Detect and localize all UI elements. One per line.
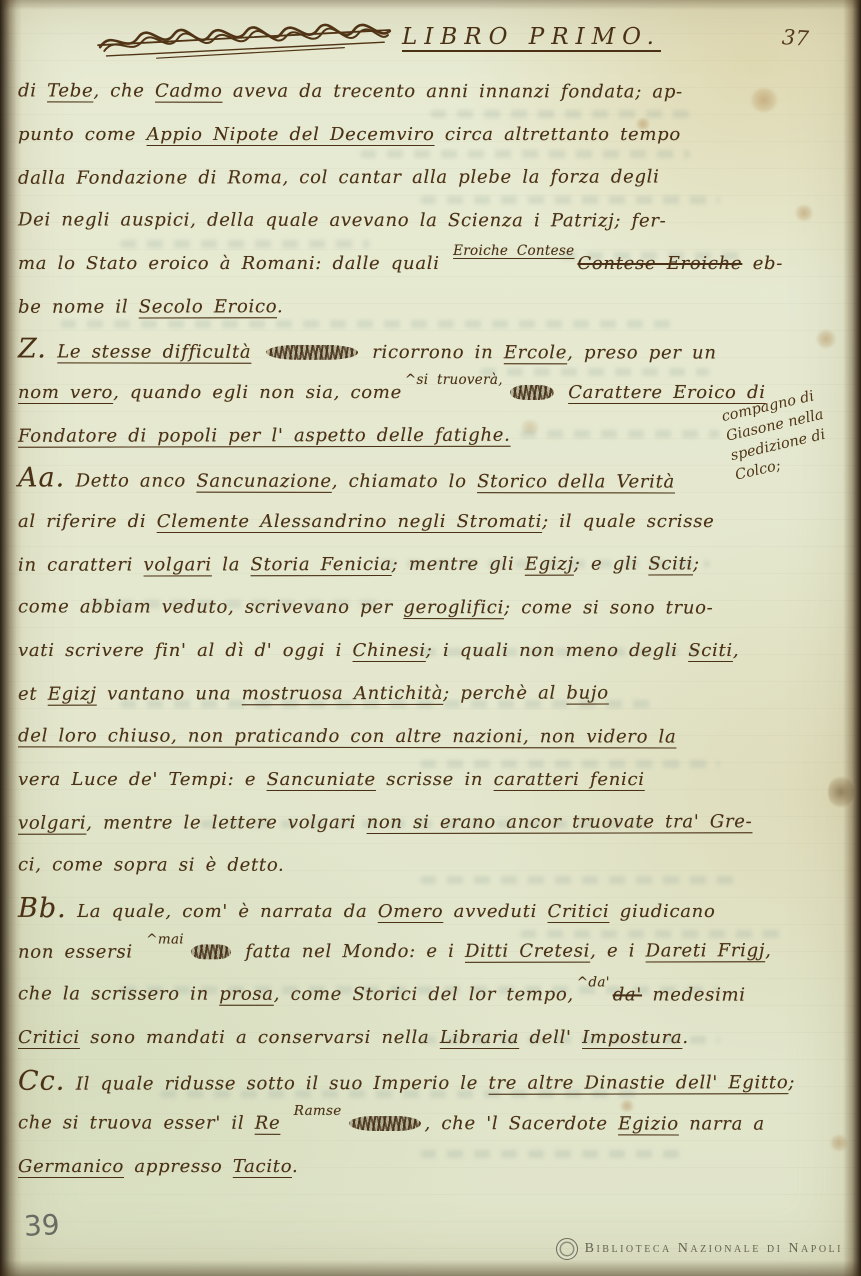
text-segment: ; mentre gli	[392, 554, 525, 575]
text-segment: Egizj	[48, 684, 97, 705]
text-segment: .	[292, 1156, 298, 1177]
text-segment: che la scrissero in	[18, 983, 219, 1004]
text-segment: Sacerdote	[509, 1113, 618, 1134]
library-watermark: Biblioteca Nazionale di Napoli	[556, 1238, 843, 1260]
manuscript-line: Z. Le stesse difficultà ricorrono in Erc…	[18, 327, 753, 371]
text-segment: Carattere Eroico di	[568, 382, 766, 403]
foxing-spot	[816, 330, 836, 348]
scribbled-out-title	[91, 15, 402, 64]
text-segment: Z.	[18, 333, 47, 364]
page-header: LIBRO PRIMO. 37	[0, 14, 861, 66]
text-segment: giudicano	[609, 901, 715, 922]
text-segment: Sancuniate	[267, 769, 376, 790]
text-segment	[349, 1116, 421, 1131]
page-edge-bottom	[0, 1260, 861, 1276]
text-segment: Impostura	[582, 1027, 682, 1048]
text-segment	[47, 341, 57, 362]
manuscript-line: nom vero, quando egli non sia, come^si t…	[18, 371, 753, 414]
text-segment: sono mandati a conservarsi nella	[80, 1027, 440, 1048]
manuscript-line: al riferire di Clemente Alessandrino neg…	[18, 500, 753, 543]
text-segment: Fondatore di popoli per l' aspetto delle…	[18, 425, 511, 447]
text-segment: volgari	[144, 554, 212, 575]
text-segment: nom vero	[18, 382, 113, 403]
text-segment: Il quale ridusse sotto il suo Imperio le	[65, 1073, 488, 1095]
text-segment: da'	[613, 984, 642, 1005]
text-segment: Sciti	[688, 640, 733, 661]
text-segment: Omero	[378, 901, 443, 922]
manuscript-line: ma lo Stato eroico à Romani: dalle quali…	[18, 242, 753, 285]
text-segment: , che	[93, 80, 155, 101]
text-segment: non si erano ancor truovate tra' Gre-	[367, 811, 753, 833]
text-segment: , che 'l	[425, 1113, 509, 1134]
text-segment: vati scrivere fin' al dì d' oggi i	[18, 640, 353, 661]
text-segment: Sancunazione	[196, 471, 331, 492]
text-segment: di	[18, 80, 47, 101]
manuscript-line: punto come Appio Nipote del Decemviro ci…	[18, 113, 753, 156]
text-segment: narra a	[679, 1114, 765, 1135]
text-segment: dalla Fondazione di Roma, col cantar all…	[18, 166, 660, 188]
manuscript-line: in caratteri volgari la Storia Fenicia; …	[18, 542, 753, 587]
text-segment: Libraria	[440, 1027, 519, 1048]
text-segment: , chiamato lo	[332, 471, 477, 492]
text-segment: Aa.	[18, 462, 65, 493]
text-segment: ,	[733, 640, 739, 661]
page-edge-right	[843, 0, 861, 1276]
text-segment: ^mai	[146, 918, 184, 961]
manuscript-line: del loro chiuso, non praticando con altr…	[18, 714, 753, 758]
text-segment: ^da'	[577, 961, 610, 1004]
text-segment: Sciti	[648, 553, 693, 574]
text-segment: , quando egli non sia, come	[113, 382, 402, 403]
text-segment: , e i	[590, 940, 646, 961]
text-segment: ^si truoverà,	[405, 359, 503, 402]
text-segment: volgari	[18, 813, 86, 834]
text-segment: Egizj	[525, 554, 574, 575]
text-segment: Appio Nipote del Decemviro	[147, 124, 435, 145]
text-segment: vera Luce de' Tempi: e	[18, 769, 267, 790]
text-segment: ma lo Stato eroico à Romani: dalle quali	[18, 253, 450, 274]
text-segment: ;	[788, 1072, 795, 1093]
text-segment: ;	[693, 553, 700, 574]
manuscript-line: Dei negli auspici, della quale avevano l…	[18, 198, 753, 242]
text-segment: Contese Eroiche	[577, 253, 742, 274]
manuscript-line: Germanico appresso Tacito.	[18, 1145, 753, 1188]
manuscript-line: come abbiam veduto, scrivevano per gerog…	[18, 585, 753, 629]
manuscript-line: vera Luce de' Tempi: e Sancuniate scriss…	[18, 758, 753, 801]
text-segment: tre altre Dinastie dell' Egitto	[489, 1072, 789, 1094]
text-segment: ; i quali non meno degli	[426, 640, 688, 661]
text-segment: punto come	[18, 124, 147, 145]
text-segment: aveva da trecento anni innanzi fondata; …	[222, 81, 682, 103]
text-segment: Re	[255, 1113, 281, 1134]
text-segment: che si truova esser' il	[18, 1112, 255, 1133]
text-segment: , mentre le lettere volgari	[86, 812, 366, 834]
manuscript-line: Aa. Detto anco Sancunazione, chiamato lo…	[18, 456, 753, 500]
text-segment	[510, 385, 554, 400]
manuscript-line: di Tebe, che Cadmo aveva da trecento ann…	[18, 69, 753, 113]
text-segment: ; e gli	[574, 553, 649, 574]
text-segment	[266, 345, 358, 360]
text-segment: in caratteri	[18, 555, 144, 576]
text-segment	[558, 382, 568, 403]
library-seal-icon	[556, 1238, 578, 1260]
page-edge-top	[0, 0, 861, 10]
text-segment: ,	[765, 940, 771, 961]
text-segment: appresso	[124, 1156, 233, 1177]
manuscript-line: ci, come sopra si è detto.	[18, 843, 753, 887]
text-segment: Ercole	[504, 342, 567, 363]
manuscript-line: Bb. La quale, com' è narrata da Omero av…	[18, 887, 753, 930]
text-segment: Storia Fenicia	[251, 554, 392, 575]
text-segment: vantano una	[97, 683, 242, 704]
text-segment: prosa	[219, 984, 273, 1005]
page-title: LIBRO PRIMO.	[402, 24, 661, 50]
manuscript-line: Cc. Il quale ridusse sotto il suo Imperi…	[18, 1058, 753, 1103]
folio-number: 37	[781, 25, 809, 51]
text-segment: mostruosa Antichità	[242, 683, 443, 704]
text-segment: Storico della Verità	[477, 471, 675, 492]
text-segment	[251, 342, 261, 363]
manuscript-lines: di Tebe, che Cadmo aveva da trecento ann…	[18, 70, 753, 1188]
text-segment: scrisse in	[376, 769, 494, 790]
text-segment: .	[682, 1027, 688, 1048]
text-segment: Secolo Eroico	[139, 296, 277, 317]
text-segment: come abbiam veduto, scrivevano per	[18, 596, 403, 618]
text-segment: Chinesi	[353, 640, 426, 661]
text-segment: Cadmo	[155, 81, 222, 102]
text-segment: geroglifici	[403, 597, 504, 618]
text-segment: Cc.	[18, 1066, 65, 1097]
text-segment: Ramse	[294, 1090, 342, 1133]
text-segment: Critici	[18, 1027, 80, 1048]
text-segment: be nome il	[18, 297, 139, 318]
foxing-spot	[830, 1135, 848, 1151]
text-segment: Egizio	[618, 1113, 679, 1134]
text-segment: Ditti Cretesi	[465, 941, 590, 962]
text-segment: non essersi	[18, 942, 143, 963]
text-segment: Germanico	[18, 1156, 124, 1177]
manuscript-line: che si truova esser' il Re Ramse, che 'l…	[18, 1101, 753, 1145]
text-segment: , preso per un	[567, 342, 717, 363]
text-segment: al riferire di	[18, 511, 157, 532]
manuscript-line: Critici sono mandati a conservarsi nella…	[18, 1016, 753, 1059]
text-segment: Dareti Frigj	[646, 940, 766, 961]
text-segment: ci, come sopra si è detto.	[18, 854, 285, 875]
text-segment: fatta nel Mondo: e i	[235, 941, 465, 962]
text-segment: .	[277, 296, 283, 317]
manuscript-line: Fondatore di popoli per l' aspetto delle…	[18, 413, 753, 458]
foxing-spot	[795, 205, 813, 221]
manuscript-line: et Egizj vantano una mostruosa Antichità…	[18, 671, 753, 716]
text-segment: bujo	[566, 683, 608, 704]
text-segment: Tebe	[47, 80, 93, 101]
text-segment: dell'	[519, 1027, 582, 1048]
manuscript-line: volgari, mentre le lettere volgari non s…	[18, 800, 753, 845]
text-segment: avveduti	[443, 901, 547, 922]
text-segment: Bb.	[18, 893, 67, 924]
text-segment: Tacito	[233, 1156, 292, 1177]
text-segment: caratteri fenici	[494, 769, 645, 790]
text-segment	[191, 944, 231, 959]
manuscript-line: che la scrissero in prosa, come Storici …	[18, 972, 753, 1016]
text-segment: Critici	[548, 901, 610, 922]
text-segment: la	[212, 554, 251, 575]
text-segment: ; come si sono truo-	[504, 597, 713, 618]
text-segment: Detto anco	[65, 470, 196, 491]
text-segment: Clemente Alessandrino negli Stromati	[157, 511, 542, 532]
text-segment: et	[18, 684, 48, 705]
foxing-spot	[750, 88, 778, 112]
text-segment: del loro chiuso, non praticando con altr…	[18, 725, 676, 747]
text-segment: La quale, com' è narrata da	[67, 901, 378, 922]
text-segment: Eroiche Contese	[453, 230, 574, 273]
manuscript-page: LIBRO PRIMO. 37 di Tebe, che Cadmo aveva…	[0, 0, 861, 1276]
text-segment: eb-	[742, 253, 783, 274]
manuscript-line: vati scrivere fin' al dì d' oggi i Chine…	[18, 629, 753, 672]
folio-pencil-number: 39	[23, 1208, 60, 1243]
foxing-spot	[828, 775, 854, 809]
manuscript-line: non essersi ^mai fatta nel Mondo: e i Di…	[18, 929, 753, 974]
manuscript-line: dalla Fondazione di Roma, col cantar all…	[18, 155, 753, 200]
text-segment: Dei negli auspici, della quale avevano l…	[18, 209, 666, 231]
text-segment: ; perchè al	[443, 683, 566, 704]
manuscript-line: be nome il Secolo Eroico.	[18, 284, 753, 329]
text-segment: ; il quale scrisse	[542, 511, 714, 532]
text-segment	[280, 1113, 290, 1134]
text-segment: , come Storici del lor tempo,	[274, 984, 574, 1006]
watermark-label: Biblioteca Nazionale di Napoli	[585, 1241, 843, 1257]
text-segment: medesimi	[642, 984, 746, 1005]
text-segment: circa altrettanto tempo	[435, 124, 681, 145]
text-segment: Le stesse difficultà	[57, 341, 251, 362]
